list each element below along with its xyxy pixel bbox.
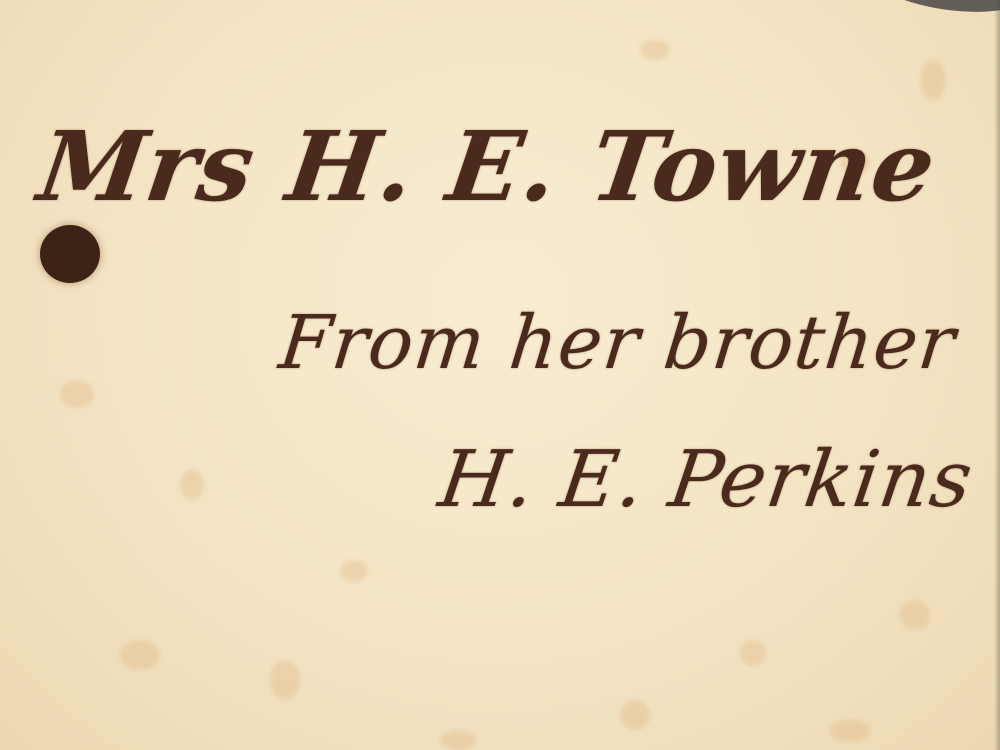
foxing-spot (60, 380, 94, 408)
foxing-spot (900, 600, 930, 630)
foxing-spot (620, 700, 650, 730)
ink-flourish-blot (40, 225, 100, 283)
foxing-spot (440, 730, 476, 750)
foxing-spot (180, 470, 204, 500)
foxing-spot (120, 640, 160, 670)
inscription-recipient: Mrs H. E. Towne (32, 110, 943, 223)
foxing-spot (270, 660, 300, 700)
foxing-spot (740, 640, 766, 666)
paper-right-edge (994, 0, 1000, 750)
foxing-spot (340, 560, 368, 582)
background-corner-shadow (856, 0, 1000, 22)
inscription-signature: H. E. Perkins (434, 435, 979, 525)
foxing-spot (640, 40, 670, 60)
inscription-from-line: From her brother (275, 300, 959, 386)
foxing-spot (920, 60, 946, 100)
foxing-spot (830, 720, 870, 742)
aged-paper: Mrs H. E. Towne From her brother H. E. P… (0, 0, 1000, 750)
